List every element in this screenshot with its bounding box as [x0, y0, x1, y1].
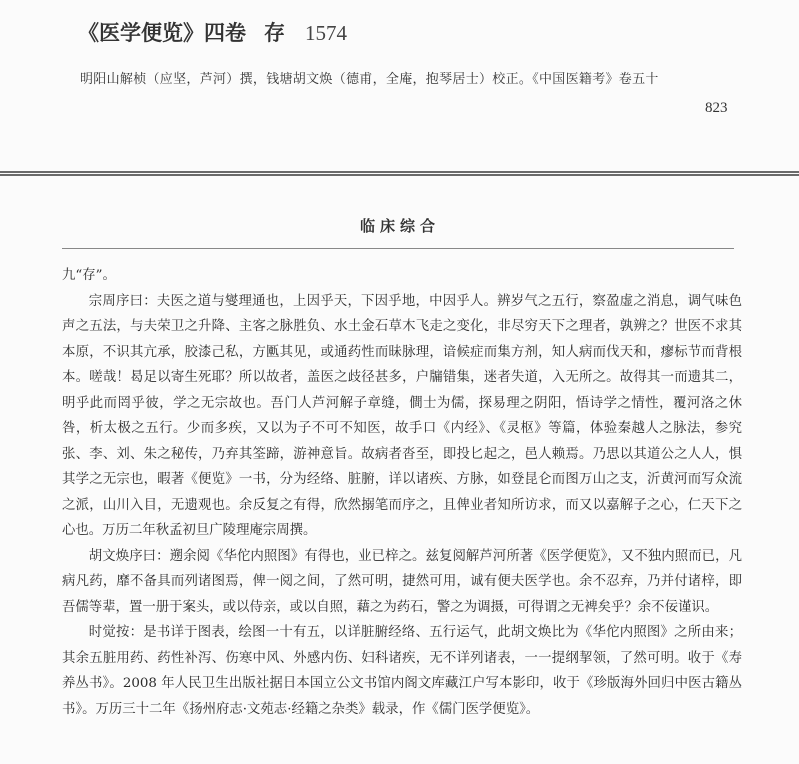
- entry-number: 1574: [305, 21, 347, 45]
- page-divider: [0, 171, 799, 176]
- paragraph-status: 九“存”。: [62, 263, 742, 289]
- entry-status: 存: [264, 20, 285, 45]
- paragraph-shijue-note: 时觉按：是书详于图表，绘图一十有五，以详脏腑经络、五行运气，此胡文焕比为《华佗内…: [62, 620, 742, 722]
- entry-page-ref: 823: [705, 100, 728, 117]
- paragraph-zongzhou-preface: 宗周序曰：夫医之道与燮理通也，上因乎天，下因乎地，中因乎人。辨岁气之五行，察盈虚…: [62, 289, 742, 544]
- paragraph-huwenhuan-preface: 胡文焕序曰：遡余阅《华佗内照图》有得也，业已梓之。兹复阅解芦河所著《医学便览》，…: [62, 544, 742, 621]
- section-rule: [62, 248, 734, 249]
- previous-entry: 《医学便览》四卷存1574 明阳山解桢（应坚，芦河）撰，钱塘胡文焕（德甫，全庵，…: [0, 0, 799, 170]
- section-title: 临床综合: [40, 215, 760, 236]
- entry-book-title: 《医学便览》四卷: [78, 20, 246, 45]
- entry-title: 《医学便览》四卷存1574: [78, 17, 347, 47]
- entry-author-meta: 明阳山解桢（应坚，芦河）撰，钱塘胡文焕（德甫，全庵，抱琴居士）校正。《中国医籍考…: [80, 68, 659, 87]
- body-text: 九“存”。 宗周序曰：夫医之道与燮理通也，上因乎天，下因乎地，中因乎人。辨岁气之…: [62, 263, 742, 722]
